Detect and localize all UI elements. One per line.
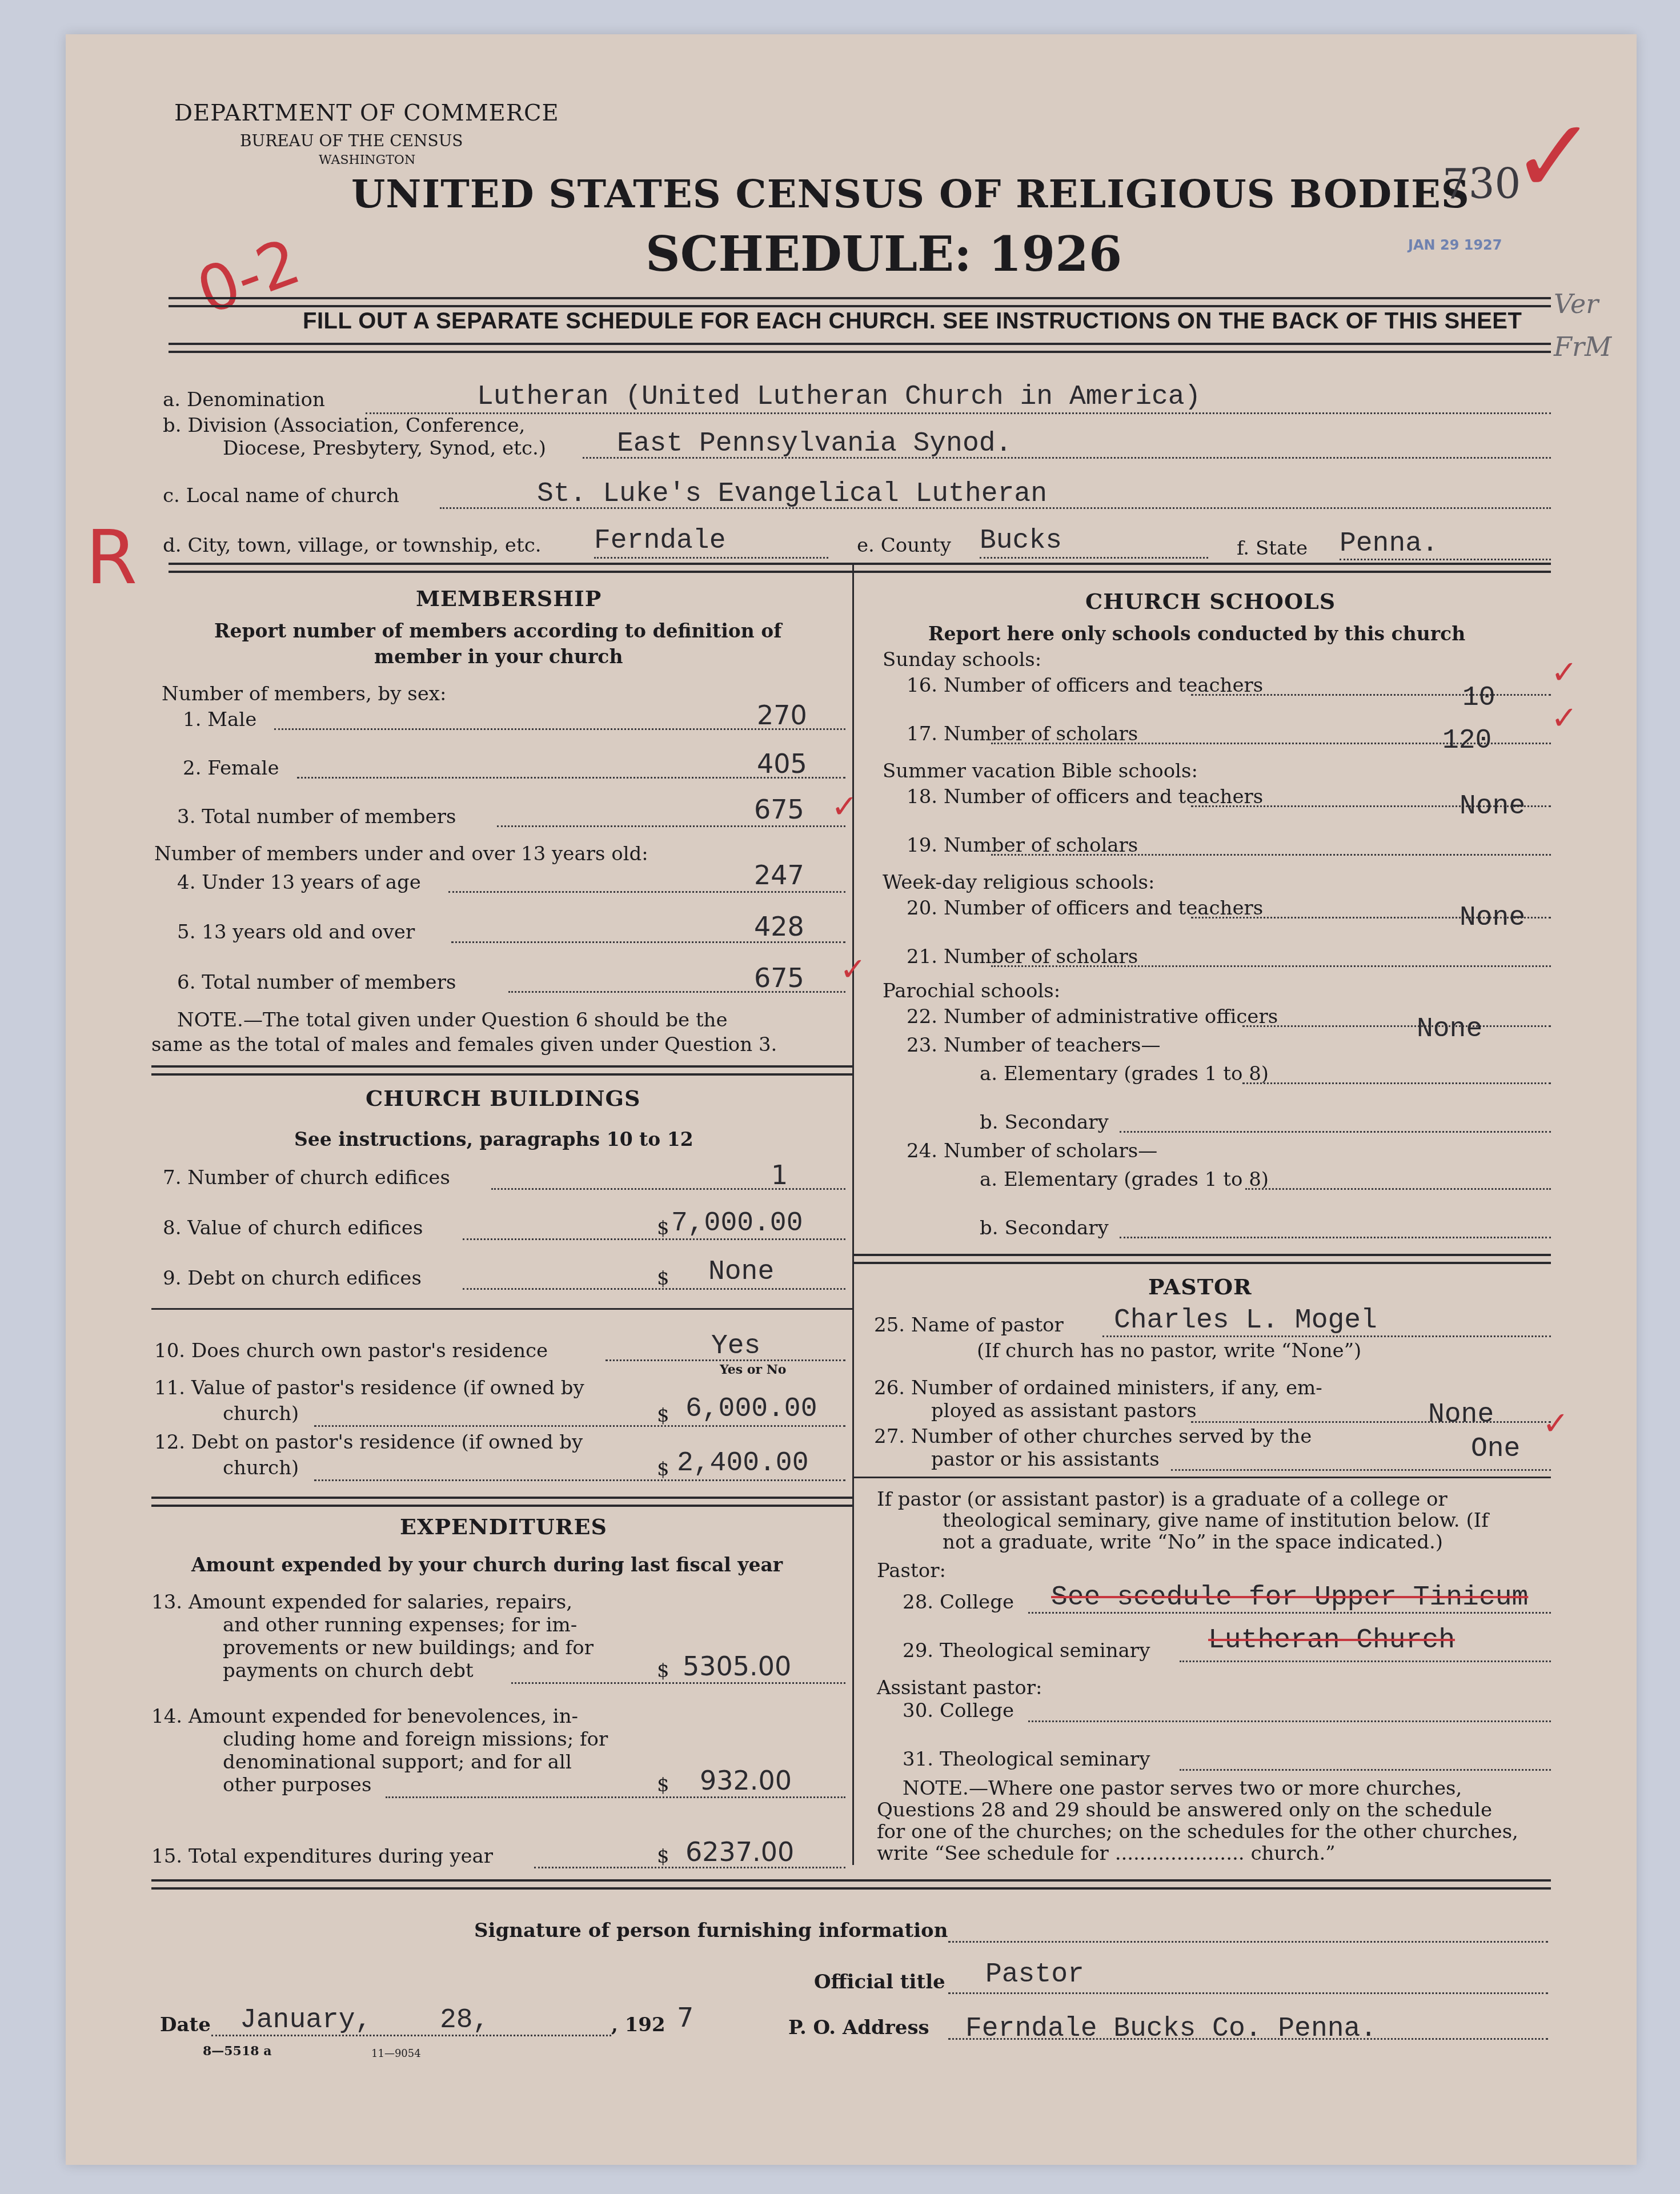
divider bbox=[151, 1308, 852, 1310]
divider bbox=[151, 1497, 852, 1507]
edifices-debt-label: 9. Debt on church edifices bbox=[163, 1267, 422, 1290]
residence-debt-label: 12. Debt on pastor's residence (if owned… bbox=[154, 1431, 583, 1454]
sunday-scholars-label: 17. Number of scholars bbox=[907, 723, 1138, 745]
county-label: e. County bbox=[857, 534, 951, 557]
church-buildings-subtitle: See instructions, paragraphs 10 to 12 bbox=[294, 1128, 693, 1150]
edifices-value-field[interactable]: 7,000.00 bbox=[671, 1208, 803, 1239]
dollar-sign: $ bbox=[657, 1267, 669, 1290]
edifices-debt-field[interactable]: None bbox=[708, 1257, 774, 1287]
running-expenses-label-4: payments on church debt bbox=[223, 1659, 474, 1682]
sunday-scholars-field[interactable]: 120 bbox=[1442, 725, 1491, 756]
field-line bbox=[991, 965, 1551, 967]
expenditures-title: EXPENDITURES bbox=[400, 1514, 607, 1539]
state-field[interactable]: Penna. bbox=[1340, 528, 1438, 559]
field-line bbox=[1340, 559, 1551, 560]
divider bbox=[169, 343, 1551, 353]
total-expenditures-field[interactable]: 6237.00 bbox=[685, 1836, 794, 1867]
residence-value-field[interactable]: 6,000.00 bbox=[685, 1394, 817, 1425]
official-title-field[interactable]: Pastor bbox=[985, 1959, 1084, 1990]
date-day-field[interactable]: 28, bbox=[440, 2005, 489, 2036]
field-line bbox=[991, 854, 1551, 856]
divider bbox=[169, 297, 1551, 307]
weekday-teachers-label: 20. Number of officers and teachers bbox=[907, 897, 1263, 920]
residence-debt-field[interactable]: 2,400.00 bbox=[677, 1448, 808, 1479]
scholars-secondary-label: b. Secondary bbox=[980, 1217, 1109, 1240]
total-members-2-field[interactable]: 675 bbox=[754, 962, 804, 993]
local-name-label: c. Local name of church bbox=[163, 484, 399, 507]
weekday-scholars-label: 21. Number of scholars bbox=[907, 945, 1138, 968]
check-mark-icon: ✓ bbox=[1551, 700, 1578, 737]
residence-value-label-2: church) bbox=[223, 1402, 299, 1425]
date-month-field[interactable]: January, bbox=[240, 2005, 371, 2036]
dollar-sign: $ bbox=[657, 1404, 669, 1427]
pastor-name-field[interactable]: Charles L. Mogel bbox=[1114, 1305, 1377, 1336]
pastor-title: PASTOR bbox=[1148, 1274, 1252, 1299]
field-line bbox=[1191, 694, 1551, 696]
field-line bbox=[448, 891, 845, 893]
teachers-label: 23. Number of teachers— bbox=[907, 1034, 1160, 1057]
graduate-note-2: theological seminary, give name of insti… bbox=[943, 1509, 1489, 1532]
po-address-field[interactable]: Ferndale Bucks Co. Penna. bbox=[965, 2013, 1377, 2044]
field-line bbox=[1171, 1469, 1551, 1471]
scholars-label: 24. Number of scholars— bbox=[907, 1140, 1157, 1162]
residence-debt-label-2: church) bbox=[223, 1457, 299, 1479]
running-expenses-label-2: and other running expenses; for im- bbox=[223, 1614, 577, 1637]
pastor-name-hint: (If church has no pastor, write “None”) bbox=[977, 1339, 1361, 1362]
total-members-label: 3. Total number of members bbox=[177, 805, 456, 828]
field-line bbox=[1120, 1237, 1551, 1238]
yes-no-hint: Yes or No bbox=[720, 1362, 787, 1377]
male-label: 1. Male bbox=[183, 708, 256, 731]
check-mark-icon: ✓ bbox=[831, 788, 858, 825]
pastor-note-2: Questions 28 and 29 should be answered o… bbox=[877, 1798, 1492, 1822]
division-field[interactable]: East Pennsylvania Synod. bbox=[617, 428, 1012, 459]
date-year-field[interactable]: 7 bbox=[677, 2002, 693, 2033]
city-field[interactable]: Ferndale bbox=[594, 526, 725, 556]
church-schools-title: CHURCH SCHOOLS bbox=[1085, 588, 1336, 614]
check-mark-icon: ✓ bbox=[1542, 1405, 1569, 1442]
assistant-seminary-label: 31. Theological seminary bbox=[903, 1748, 1150, 1771]
divider bbox=[151, 1065, 852, 1076]
membership-note: NOTE.—The total given under Question 6 s… bbox=[177, 1008, 728, 1032]
running-expenses-label: 13. Amount expended for salaries, repair… bbox=[151, 1591, 572, 1614]
by-age-label: Number of members under and over 13 year… bbox=[154, 843, 648, 865]
summer-teachers-field[interactable]: None bbox=[1460, 791, 1525, 822]
po-address-label: P. O. Address bbox=[788, 2016, 929, 2039]
running-expenses-field[interactable]: 5305.00 bbox=[683, 1651, 791, 1682]
under-13-label: 4. Under 13 years of age bbox=[177, 871, 421, 894]
pastor-college-label: 28. College bbox=[903, 1591, 1014, 1614]
admin-officers-field[interactable]: None bbox=[1417, 1014, 1482, 1045]
county-field[interactable]: Bucks bbox=[980, 526, 1062, 556]
divider bbox=[169, 563, 1551, 573]
city-label: d. City, town, village, or township, etc… bbox=[163, 534, 542, 557]
pastor-note-3: for one of the churches; on the schedule… bbox=[877, 1820, 1518, 1844]
date-label: Date bbox=[160, 2013, 211, 2036]
field-line bbox=[948, 1992, 1548, 1994]
over-13-field[interactable]: 428 bbox=[754, 911, 804, 942]
other-churches-field[interactable]: One bbox=[1471, 1434, 1520, 1465]
summer-scholars-label: 19. Number of scholars bbox=[907, 834, 1138, 857]
expenditures-subtitle: Amount expended by your church during la… bbox=[191, 1554, 783, 1576]
benevolences-label-3: denominational support; and for all bbox=[223, 1751, 572, 1774]
residence-value-label: 11. Value of pastor's residence (if owne… bbox=[154, 1377, 584, 1399]
local-name-field[interactable]: St. Luke's Evangelical Lutheran bbox=[537, 479, 1047, 510]
membership-note-2: same as the total of males and females g… bbox=[151, 1033, 777, 1057]
sunday-teachers-label: 16. Number of officers and teachers bbox=[907, 674, 1263, 697]
benevolences-label-4: other purposes bbox=[223, 1774, 371, 1796]
official-title-label: Official title bbox=[814, 1971, 945, 1994]
denomination-field[interactable]: Lutheran (United Lutheran Church in Amer… bbox=[477, 382, 1201, 412]
column-divider bbox=[852, 563, 854, 1865]
field-line bbox=[511, 1682, 845, 1684]
edifices-count-field[interactable]: 1 bbox=[771, 1160, 788, 1190]
check-mark-icon: ✓ bbox=[840, 951, 867, 988]
teachers-secondary-label: b. Secondary bbox=[980, 1111, 1109, 1134]
benevolences-field[interactable]: 932.00 bbox=[700, 1765, 792, 1796]
red-letter-mark: R bbox=[86, 514, 137, 601]
assistant-pastor-label: Assistant pastor: bbox=[877, 1676, 1042, 1699]
city-label: WASHINGTON bbox=[319, 153, 415, 167]
field-line bbox=[1245, 1188, 1551, 1190]
denomination-label: a. Denomination bbox=[163, 388, 325, 411]
by-sex-label: Number of members, by sex: bbox=[162, 683, 446, 705]
membership-title: MEMBERSHIP bbox=[416, 585, 602, 611]
male-count-field[interactable]: 270 bbox=[757, 700, 807, 731]
field-line bbox=[1242, 1082, 1551, 1084]
female-count-field[interactable]: 405 bbox=[757, 748, 807, 779]
dollar-sign: $ bbox=[657, 1845, 669, 1868]
field-line bbox=[1191, 1421, 1551, 1423]
female-label: 2. Female bbox=[183, 757, 279, 780]
assistant-college-label: 30. College bbox=[903, 1699, 1014, 1722]
scholars-elementary-label: a. Elementary (grades 1 to 8) bbox=[980, 1168, 1269, 1191]
parochial-schools-label: Parochial schools: bbox=[883, 980, 1060, 1002]
received-date-stamp: JAN 29 1927 bbox=[1408, 237, 1502, 253]
total-expenditures-label: 15. Total expenditures during year bbox=[151, 1845, 493, 1868]
benevolences-label: 14. Amount expended for benevolences, in… bbox=[151, 1705, 578, 1728]
assistant-ministers-label: 26. Number of ordained ministers, if any… bbox=[874, 1377, 1322, 1399]
field-line bbox=[497, 825, 845, 827]
church-schools-subtitle: Report here only schools conducted by th… bbox=[928, 623, 1465, 645]
check-mark-icon: ✓ bbox=[1551, 654, 1578, 691]
membership-subtitle-2: member in your church bbox=[374, 645, 623, 668]
pastor-name-label: 25. Name of pastor bbox=[874, 1314, 1064, 1337]
check-mark-icon: ✓ bbox=[1511, 97, 1597, 216]
other-churches-label-2: pastor or his assistants bbox=[931, 1448, 1160, 1471]
form-number: 8—5518 a bbox=[203, 2044, 271, 2059]
dollar-sign: $ bbox=[657, 1774, 669, 1796]
church-buildings-title: CHURCH BUILDINGS bbox=[366, 1085, 640, 1111]
print-number: 11—9054 bbox=[371, 2048, 421, 2060]
instructions-banner: FILL OUT A SEPARATE SCHEDULE FOR EACH CH… bbox=[303, 308, 1522, 334]
field-line bbox=[491, 1188, 845, 1190]
total-members-field[interactable]: 675 bbox=[754, 794, 804, 825]
pastor-college-field[interactable]: See scedule for Upper Tinicum bbox=[1051, 1582, 1528, 1613]
field-line bbox=[980, 557, 1208, 559]
field-line bbox=[1180, 1660, 1551, 1662]
division-label: b. Division (Association, Conference, bbox=[163, 414, 525, 437]
weekday-schools-label: Week-day religious schools: bbox=[883, 871, 1154, 894]
field-line bbox=[386, 1796, 845, 1798]
admin-officers-label: 22. Number of administrative officers bbox=[907, 1005, 1278, 1028]
pastor-note: NOTE.—Where one pastor serves two or mor… bbox=[903, 1776, 1462, 1800]
divider bbox=[852, 1254, 1551, 1264]
graduate-note: If pastor (or assistant pastor) is a gra… bbox=[877, 1488, 1448, 1511]
edifices-value-label: 8. Value of church edifices bbox=[163, 1217, 423, 1240]
margin-note-frm: FrM bbox=[1554, 331, 1611, 362]
other-churches-label: 27. Number of other churches served by t… bbox=[874, 1425, 1312, 1448]
assistant-college-field[interactable] bbox=[1028, 1720, 1551, 1722]
form-title: UNITED STATES CENSUS OF RELIGIOUS BODIES bbox=[351, 171, 1470, 217]
margin-note-ver: Ver bbox=[1554, 288, 1598, 319]
assistant-ministers-label-2: ployed as assistant pastors bbox=[931, 1399, 1197, 1422]
under-13-field[interactable]: 247 bbox=[754, 860, 804, 891]
divider bbox=[852, 1477, 1551, 1478]
edifices-count-label: 7. Number of church edifices bbox=[163, 1166, 450, 1189]
teachers-elementary-label: a. Elementary (grades 1 to 8) bbox=[980, 1062, 1269, 1085]
division-label-2: Diocese, Presbytery, Synod, etc.) bbox=[223, 437, 546, 460]
field-line bbox=[463, 1288, 845, 1290]
pastor-note-4: write “See schedule for ................… bbox=[877, 1842, 1336, 1866]
date-year-prefix: , 192 bbox=[611, 2013, 665, 2036]
state-label: f. State bbox=[1237, 537, 1308, 560]
dollar-sign: $ bbox=[657, 1458, 669, 1481]
assistant-ministers-field[interactable]: None bbox=[1428, 1399, 1494, 1430]
running-expenses-label-3: provements or new buildings; and for bbox=[223, 1637, 594, 1659]
pastor-seminary-label: 29. Theological seminary bbox=[903, 1639, 1150, 1662]
summer-schools-label: Summer vacation Bible schools: bbox=[883, 760, 1198, 783]
signature-label: Signature of person furnishing informati… bbox=[474, 1919, 948, 1942]
benevolences-label-2: cluding home and foreign missions; for bbox=[223, 1728, 608, 1751]
field-line bbox=[1120, 1131, 1551, 1133]
sunday-schools-label: Sunday schools: bbox=[883, 648, 1041, 671]
divider bbox=[151, 1879, 1551, 1890]
weekday-teachers-field[interactable]: None bbox=[1460, 903, 1525, 933]
membership-subtitle: Report number of members according to de… bbox=[214, 620, 781, 642]
bureau-label: BUREAU OF THE CENSUS bbox=[240, 131, 463, 150]
owns-residence-label: 10. Does church own pastor's residence bbox=[154, 1339, 548, 1362]
summer-teachers-label: 18. Number of officers and teachers bbox=[907, 785, 1263, 808]
dollar-sign: $ bbox=[657, 1217, 669, 1240]
owns-residence-field[interactable]: Yes bbox=[711, 1331, 760, 1362]
field-line bbox=[594, 557, 828, 559]
assistant-seminary-field[interactable] bbox=[1180, 1769, 1551, 1771]
field-line bbox=[314, 1479, 845, 1481]
field-line bbox=[314, 1425, 845, 1427]
pastor-seminary-field[interactable]: Lutheran Church bbox=[1208, 1625, 1455, 1656]
field-line bbox=[366, 412, 1551, 414]
over-13-label: 5. 13 years old and over bbox=[177, 921, 415, 944]
total-members-2-label: 6. Total number of members bbox=[177, 971, 456, 994]
schedule-title: SCHEDULE: 1926 bbox=[645, 226, 1122, 282]
graduate-note-3: not a graduate, write “No” in the space … bbox=[943, 1531, 1443, 1554]
sunday-teachers-field[interactable]: 10 bbox=[1462, 683, 1495, 713]
stamp-number: 730 bbox=[1442, 160, 1521, 208]
field-line bbox=[1242, 1025, 1551, 1027]
dollar-sign: $ bbox=[657, 1659, 669, 1682]
pastor-subsection-label: Pastor: bbox=[877, 1559, 946, 1582]
department-label: DEPARTMENT OF COMMERCE bbox=[174, 100, 559, 126]
signature-field[interactable] bbox=[948, 1941, 1548, 1943]
